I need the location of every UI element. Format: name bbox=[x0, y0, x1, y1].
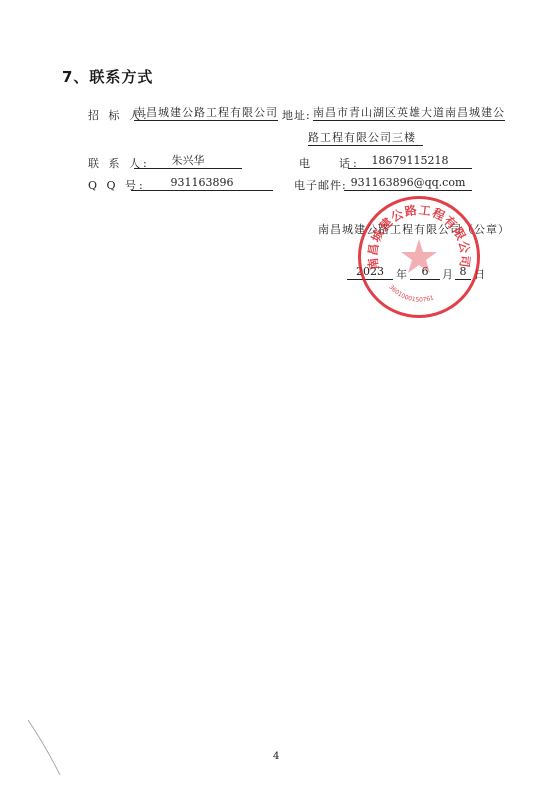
tenderer-value: 南昌城建公路工程有限公司 bbox=[134, 106, 278, 121]
email-value: 931163896@qq.com bbox=[344, 176, 472, 191]
company-seal: 南昌城建公路工程有限公司 3601000150761 bbox=[358, 196, 480, 318]
page-number: 4 bbox=[273, 751, 279, 762]
qq-value: 931163896 bbox=[131, 176, 273, 191]
email-label: 电子邮件: bbox=[294, 177, 347, 193]
seal-code: 3601000150761 bbox=[387, 284, 435, 304]
svg-text:3601000150761: 3601000150761 bbox=[387, 284, 435, 304]
seal-star-icon: 南昌城建公路工程有限公司 3601000150761 bbox=[361, 199, 477, 315]
address-line-1: 南昌市青山湖区英雄大道南昌城建公 bbox=[313, 106, 505, 121]
address-label: 地址: bbox=[282, 107, 311, 123]
phone-value: 18679115218 bbox=[348, 154, 472, 169]
contact-person-value: 朱兴华 bbox=[134, 154, 242, 169]
section-heading: 7、联系方式 bbox=[62, 66, 153, 87]
address-line-2: 路工程有限公司三楼 bbox=[308, 131, 423, 146]
